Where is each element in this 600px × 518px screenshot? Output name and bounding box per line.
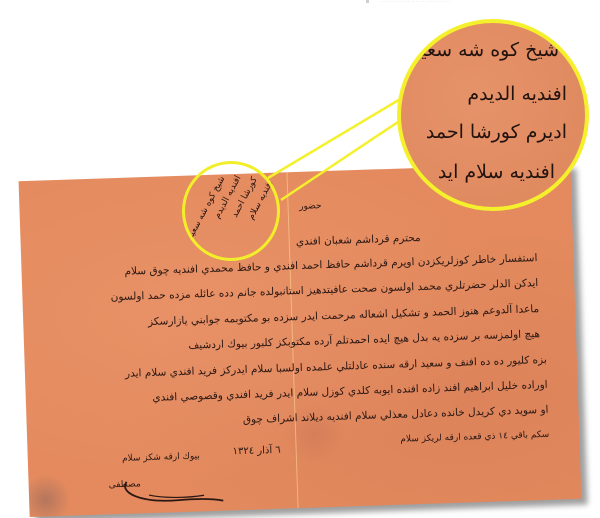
letter-line: او سويد دي كريدل خانده دعادل معذلي سلام … — [243, 404, 549, 426]
letter-paper: شيخ كوه شه سعيد افنديه الديدم كورشا احمد… — [19, 163, 582, 517]
letter-line: سكم باقي ١٤ ذي قعده ارقه لريكز سلام — [400, 430, 549, 445]
letter-date: ٦ آذار ١٣٢٤ — [232, 445, 280, 458]
letter-line: هيچ اولمزسه بر سزده يه بدل هيچ ايده احمد… — [188, 328, 540, 352]
letter-closing: بيوك ارقه شكز سلام — [122, 451, 200, 464]
letter-salutation: محترم قرداشم شعبان افندي — [296, 232, 421, 248]
magnifier-zoom-circle: شيخ كوه شه سعيد افنديه الديدم اديرم كورش… — [397, 19, 589, 211]
letter-heading: حضور — [299, 201, 322, 212]
letter-line: بزه كليور ده ده افنف و سعيد ارقه سنده عا… — [125, 354, 547, 380]
page-header-caption: · · · · · · · · · · · · · · · · · · · · … — [380, 0, 540, 4]
letter-line: ماعدا آلدوعم هنوز الحمد و تشكيل اشعاله م… — [148, 303, 540, 328]
letter-line: اوراده خليل ابراهيم افند زاده افنده ايوب… — [152, 379, 548, 404]
zoom-line: اديرم كورشا احمد — [426, 121, 567, 143]
letter-line: ايدكن الدلر حضرتلري محمد اولسون صحت عافي… — [110, 277, 538, 303]
letter-line: استفسار خاطر كوزلريكزدن اوپرم قرداشم حاف… — [124, 252, 537, 278]
magnifier-source-circle — [182, 161, 280, 261]
zoom-line: افنديه الديدم — [467, 83, 567, 105]
header-mark — [366, 0, 369, 3]
signature-name: مصطفى — [108, 479, 140, 490]
zoom-line: شيخ كوه شه سعيد — [411, 39, 559, 61]
zoom-line: افنديه سلام ايد — [438, 161, 555, 183]
